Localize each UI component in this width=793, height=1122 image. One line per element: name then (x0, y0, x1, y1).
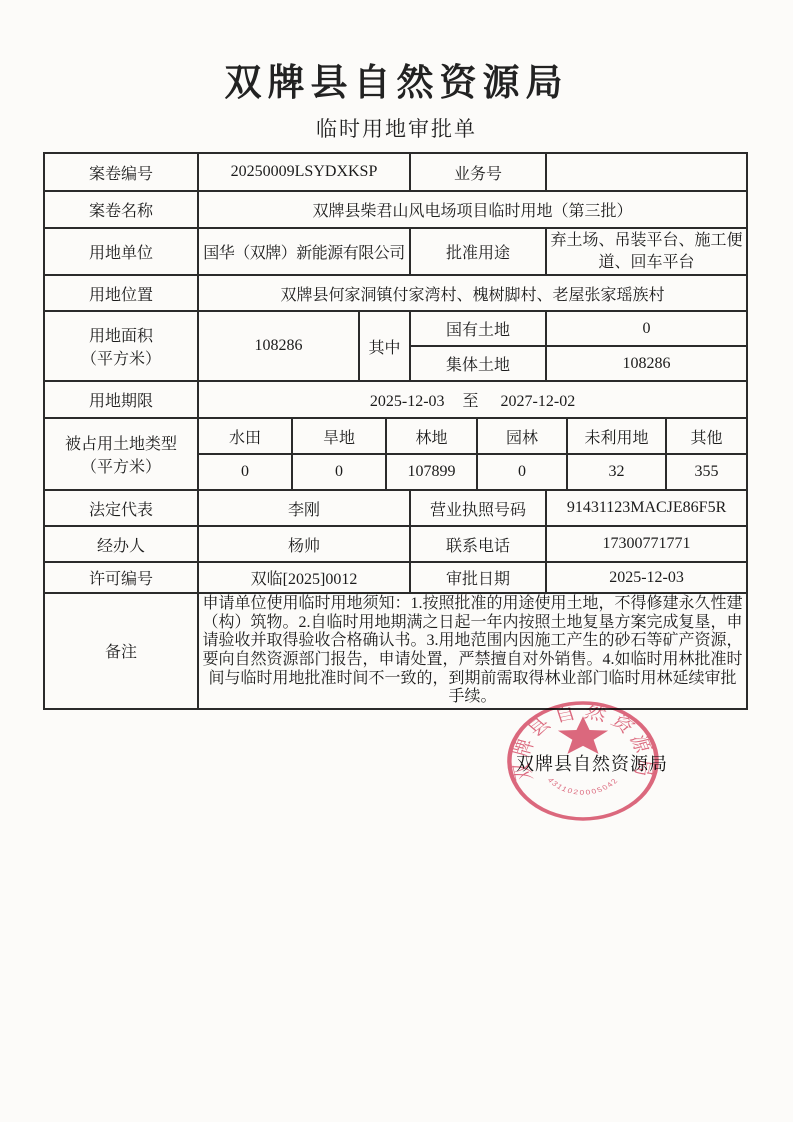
collective-land-label: 集体土地 (410, 346, 546, 381)
land-type-value-paddy: 0 (198, 454, 292, 490)
row-land-user: 用地单位 国华（双牌）新能源有限公司 批准用途 弃土场、吊装平台、施工便道、回车… (44, 228, 747, 275)
period-value: 2025-12-03至2027-12-02 (198, 381, 747, 418)
land-type-value-garden: 0 (477, 454, 567, 490)
state-land-label: 国有土地 (410, 311, 546, 346)
row-case-number: 案卷编号 20250009LSYDXKSP 业务号 (44, 153, 747, 191)
approval-form-table: 案卷编号 20250009LSYDXKSP 业务号 案卷名称 双牌县柴君山风电场… (43, 152, 748, 710)
land-type-value-forest: 107899 (386, 454, 477, 490)
handler-label: 经办人 (44, 526, 198, 562)
area-label: 用地面积 （平方米） (44, 311, 198, 381)
page-subtitle: 临时用地审批单 (0, 113, 793, 143)
period-start: 2025-12-03 (370, 393, 445, 410)
phone-value: 17300771771 (546, 526, 747, 562)
period-conjunction: 至 (463, 393, 479, 410)
land-type-value-unused: 32 (567, 454, 666, 490)
issuing-authority-name: 双牌县自然资源局 (516, 750, 668, 776)
row-case-name: 案卷名称 双牌县柴君山风电场项目临时用地（第三批） (44, 191, 747, 228)
approved-use-label: 批准用途 (410, 228, 546, 275)
row-period: 用地期限 2025-12-03至2027-12-02 (44, 381, 747, 418)
land-type-header-forest: 林地 (386, 418, 477, 454)
approval-date-label: 审批日期 (410, 562, 546, 593)
land-type-header-dry: 旱地 (292, 418, 386, 454)
row-area-state: 用地面积 （平方米） 108286 其中 国有土地 0 (44, 311, 747, 346)
land-type-value-dry: 0 (292, 454, 386, 490)
location-label: 用地位置 (44, 275, 198, 311)
phone-label: 联系电话 (410, 526, 546, 562)
row-location: 用地位置 双牌县何家洞镇付家湾村、槐树脚村、老屋张家瑶族村 (44, 275, 747, 311)
permit-number-value: 双临[2025]0012 (198, 562, 410, 593)
land-type-header-garden: 园林 (477, 418, 567, 454)
business-number-value (546, 153, 747, 191)
land-type-header-unused: 未利用地 (567, 418, 666, 454)
land-user-label: 用地单位 (44, 228, 198, 275)
license-value: 91431123MACJE86F5R (546, 490, 747, 526)
row-legal-rep: 法定代表 李刚 营业执照号码 91431123MACJE86F5R (44, 490, 747, 526)
case-number-value: 20250009LSYDXKSP (198, 153, 410, 191)
approval-document: 双牌县自然资源局 临时用地审批单 案卷编号 20250009LSYDXKSP 业… (0, 0, 793, 1122)
land-type-label: 被占用土地类型 （平方米） (44, 418, 198, 490)
approved-use-value: 弃土场、吊装平台、施工便道、回车平台 (546, 228, 747, 275)
seal-star-icon (558, 716, 608, 754)
approval-date-value: 2025-12-03 (546, 562, 747, 593)
seal-code-text: 4311020005042 (545, 776, 620, 796)
land-type-header-other: 其他 (666, 418, 747, 454)
land-user-value: 国华（双牌）新能源有限公司 (198, 228, 410, 275)
period-label: 用地期限 (44, 381, 198, 418)
state-land-value: 0 (546, 311, 747, 346)
row-permit: 许可编号 双临[2025]0012 审批日期 2025-12-03 (44, 562, 747, 593)
row-land-type-headers: 被占用土地类型 （平方米） 水田 旱地 林地 园林 未利用地 其他 (44, 418, 747, 454)
land-type-header-paddy: 水田 (198, 418, 292, 454)
area-total-value: 108286 (198, 311, 359, 381)
legal-rep-value: 李刚 (198, 490, 410, 526)
land-type-value-other: 355 (666, 454, 747, 490)
row-remarks: 备注 申请单位使用临时用地须知：1.按照批准的用途使用土地，不得修建永久性建（构… (44, 593, 747, 709)
handler-value: 杨帅 (198, 526, 410, 562)
row-handler: 经办人 杨帅 联系电话 17300771771 (44, 526, 747, 562)
collective-land-value: 108286 (546, 346, 747, 381)
legal-rep-label: 法定代表 (44, 490, 198, 526)
license-label: 营业执照号码 (410, 490, 546, 526)
location-value: 双牌县何家洞镇付家湾村、槐树脚村、老屋张家瑶族村 (198, 275, 747, 311)
case-name-label: 案卷名称 (44, 191, 198, 228)
business-number-label: 业务号 (410, 153, 546, 191)
page-title: 双牌县自然资源局 (0, 52, 793, 106)
permit-number-label: 许可编号 (44, 562, 198, 593)
case-name-value: 双牌县柴君山风电场项目临时用地（第三批） (198, 191, 747, 228)
remarks-value: 申请单位使用临时用地须知：1.按照批准的用途使用土地，不得修建永久性建（构）筑物… (198, 593, 747, 709)
remarks-label: 备注 (44, 593, 198, 709)
period-end: 2027-12-02 (501, 393, 576, 410)
area-of-which-label: 其中 (359, 311, 410, 381)
case-number-label: 案卷编号 (44, 153, 198, 191)
